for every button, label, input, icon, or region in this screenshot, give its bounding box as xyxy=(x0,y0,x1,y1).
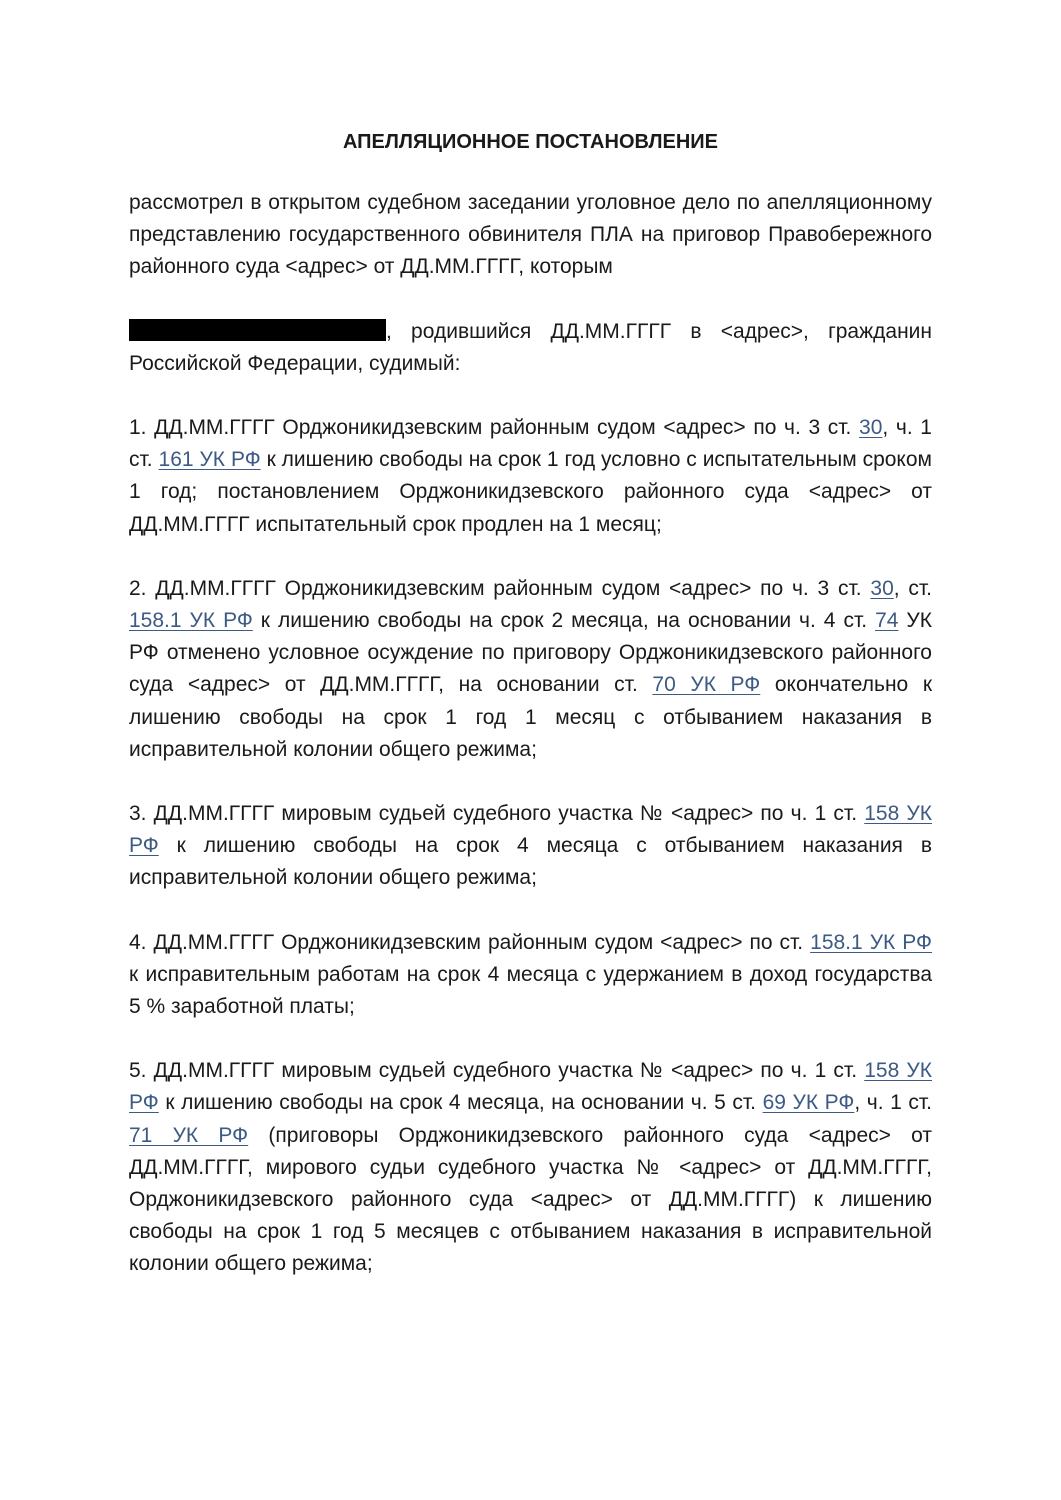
defendant-paragraph: , родившийся ДД.ММ.ГГГГ в <адрес>, гражд… xyxy=(129,316,932,380)
law-article-link[interactable]: 30 xyxy=(870,577,893,600)
conviction-item: 2. ДД.ММ.ГГГГ Орджоникидзевским районным… xyxy=(129,573,932,766)
convictions-list: 1. ДД.ММ.ГГГГ Орджоникидзевским районным… xyxy=(129,412,932,1281)
conviction-item: 3. ДД.ММ.ГГГГ мировым судьей судебного у… xyxy=(129,798,932,895)
conviction-item: 5. ДД.ММ.ГГГГ мировым судьей судебного у… xyxy=(129,1055,932,1280)
law-article-link[interactable]: 158.1 УК РФ xyxy=(129,609,253,632)
law-article-link[interactable]: 70 УК РФ xyxy=(652,673,760,696)
document-title: АПЕЛЛЯЦИОННОЕ ПОСТАНОВЛЕНИЕ xyxy=(129,126,932,158)
law-article-link[interactable]: 30 xyxy=(859,416,882,439)
conviction-item: 4. ДД.ММ.ГГГГ Орджоникидзевским районным… xyxy=(129,927,932,1024)
law-article-link[interactable]: 71 УК РФ xyxy=(129,1124,248,1147)
intro-paragraph: рассмотрел в открытом судебном заседании… xyxy=(129,187,932,284)
law-article-link[interactable]: 74 xyxy=(875,609,898,632)
law-article-link[interactable]: 69 УК РФ xyxy=(763,1091,855,1114)
law-article-link[interactable]: 158.1 УК РФ xyxy=(810,931,932,954)
document-page: АПЕЛЛЯЦИОННОЕ ПОСТАНОВЛЕНИЕ рассмотрел в… xyxy=(129,126,932,1313)
redacted-name xyxy=(129,319,386,341)
law-article-link[interactable]: 161 УК РФ xyxy=(159,448,261,471)
conviction-item: 1. ДД.ММ.ГГГГ Орджоникидзевским районным… xyxy=(129,412,932,541)
law-article-link[interactable]: 158 УК РФ xyxy=(129,802,932,857)
